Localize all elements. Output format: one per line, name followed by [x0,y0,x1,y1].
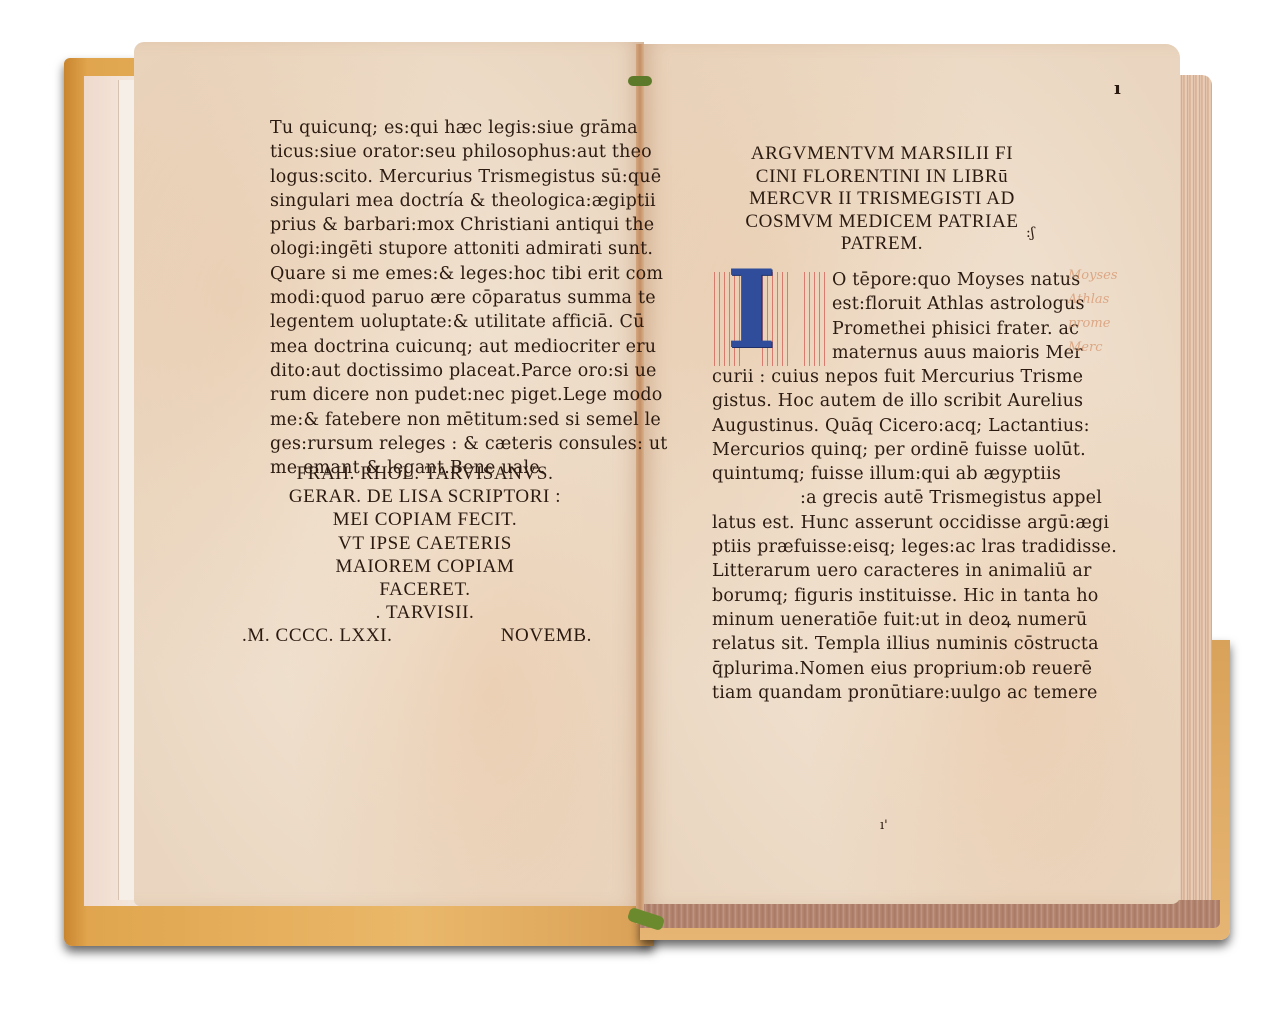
text-line: relatus sit. Templa illius numinis cōstr… [712,632,1052,656]
text-line: legentem uoluptate:& utilitate afficiā. … [270,310,600,334]
title-line: COSMVM MEDICEM PATRIAE [712,211,1052,234]
text-line: curii : cuius nepos fuit Mercurius Trism… [712,365,1052,389]
text-line: minum ueneratiōe fuit:ut in deoꝝ numerū [712,608,1052,632]
marginal-note: prome [1068,312,1118,336]
text-line: ticus:siue orator:seu philosophus:aut th… [270,140,600,164]
title-line: MERCVR II TRISMEGISTI AD [712,188,1052,211]
text-line: me:& fatebere non mētitum:sed si semel l… [270,408,600,432]
text-line: q̄plurima.Nomen eius proprium:ob reuerē [712,657,1052,681]
title-end-mark: :ʃ [1026,225,1035,241]
text-line: maternus auus maioris Mer [832,341,1062,365]
open-book: Tu quicunq; es:qui hæc legis:siue grāma … [0,0,1280,1012]
headband [628,76,652,86]
text-line: ptiis præfuisse:eisq; leges:ac lras trad… [712,535,1052,559]
colophon-date-line: .M. CCCC. LXXI. NOVEMB. [240,624,610,647]
left-page-body: Tu quicunq; es:qui hæc legis:siue grāma … [270,116,600,480]
marginal-note: Moyses [1068,264,1118,288]
text-line: Quare si me emes:& leges:hoc tibi erit c… [270,262,600,286]
text-line: quintumq; fuisse illum:qui ab ægyptiis [712,462,1052,486]
text-line: singulari mea doctría & theologica:ægipt… [270,189,600,213]
colophon-line: VT IPSE CAETERIS [240,532,610,555]
corner-mark: ı [1114,78,1121,99]
foliation-mark: ı' [880,818,888,833]
text-line: prius & barbari:mox Christiani antiqui t… [270,213,600,237]
text-line: Tu quicunq; es:qui hæc legis:siue grāma [270,116,600,140]
title-line: ARGVMENTVM MARSILII FI [712,143,1052,166]
text-line: borumq; figuris instituisse. Hic in tant… [712,584,1052,608]
colophon-line: MEI COPIAM FECIT. [240,508,610,531]
text-line: Promethei phisici frater. ac [832,317,1062,341]
initial-letter: I [726,260,777,360]
marginal-annotations: Moyses Athlas prome Merc [1068,264,1118,360]
text-line-indented: :a grecis autē Trismegistus appel [712,486,1052,510]
red-flourish-icon [804,272,826,366]
initial-adjacent-text: O tēpore:quo Moyses natus est:floruit At… [832,268,1062,365]
colophon-line: . TARVISII. [240,601,610,624]
text-line: rum dicere non pudet:nec piget.Lege modo [270,383,600,407]
text-line: tiam quandam pronūtiare:uulgo ac temere [712,681,1052,705]
text-line: modi:quod paruo ære cōparatus summa te [270,286,600,310]
text-line: ologi:ingēti stupore attoniti admirati s… [270,237,600,261]
colophon-month: NOVEMB. [501,624,592,647]
right-page-title: ARGVMENTVM MARSILII FI CINI FLORENTINI I… [712,143,1052,256]
text-line: Augustinus. Quāq Cicero:acq; Lactantius: [712,414,1052,438]
colophon-line: FACERET. [240,578,610,601]
text-line: Mercurios quinq; per ordinē fuisse uolūt… [712,438,1052,462]
text-line: dito:aut doctissimo placeat.Parce oro:si… [270,359,600,383]
text-line: est:floruit Athlas astrologus [832,292,1062,316]
colophon-line: GERAR. DE LISA SCRIPTORI : [240,485,610,508]
right-page-body: curii : cuius nepos fuit Mercurius Trism… [712,365,1052,705]
colophon-date: .M. CCCC. LXXI. [242,624,392,647]
page-block-bottom [640,900,1220,928]
text-line: gistus. Hoc autem de illo scribit Aureli… [712,389,1052,413]
colophon-line: MAIOREM COPIAM [240,555,610,578]
text-line: latus est. Hunc asserunt occidisse argū:… [712,511,1052,535]
marginal-note: Athlas [1068,288,1118,312]
marginal-note: Merc [1068,336,1118,360]
colophon-line: FRAH. RHOL. TARVISANVS. [240,462,610,485]
illuminated-initial: I [708,266,830,366]
text-line: logus:scito. Mercurius Trismegistus sū:q… [270,165,600,189]
text-line: ges:rursum releges : & cæteris consules:… [270,432,600,456]
title-line: CINI FLORENTINI IN LIBRū [712,166,1052,189]
colophon: FRAH. RHOL. TARVISANVS. GERAR. DE LISA S… [240,462,610,648]
text-line: mea doctrina cuicunq; aut mediocriter er… [270,335,600,359]
text-line: O tēpore:quo Moyses natus [832,268,1062,292]
text-line: Litterarum uero caracteres in animaliū a… [712,559,1052,583]
